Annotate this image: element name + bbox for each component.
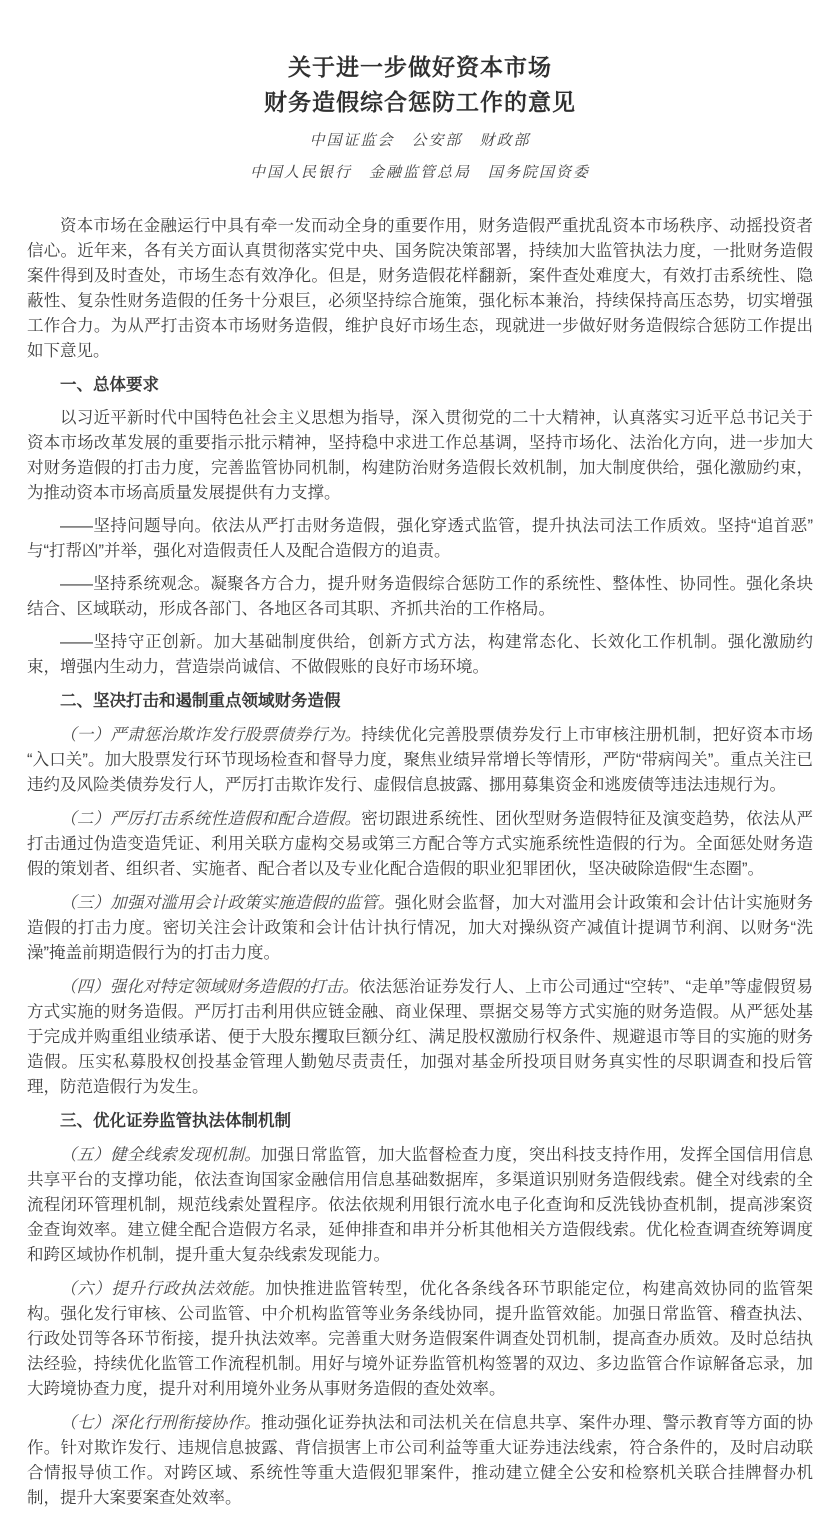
section-heading-1: 一、总体要求: [27, 373, 813, 398]
principle-problem-orientation: ——坚持问题导向。依法从严打击财务造假，强化穿透式监管，提升执法司法工作质效。坚…: [27, 514, 813, 564]
principle-system-concept: ——坚持系统观念。凝聚各方合力，提升财务造假综合惩防工作的系统性、整体性、协同性…: [27, 572, 813, 622]
issuing-agencies: 中国证监会 公安部 财政部 中国人民银行 金融监管总局 国务院国资委: [27, 129, 813, 182]
section-heading-3: 三、优化证券监管执法体制机制: [27, 1109, 813, 1134]
policy-item-5-lead: （五）健全线索发现机制。: [60, 1145, 261, 1164]
paragraph-guiding-ideology: 以习近平新时代中国特色社会主义思想为指导，深入贯彻党的二十大精神，认真落实习近平…: [27, 406, 813, 506]
document-title-line2: 财务造假综合惩防工作的意见: [27, 85, 813, 120]
policy-item-2-lead: （二）严厉打击系统性造假和配合造假。: [60, 809, 361, 828]
policy-item-3-lead: （三）加强对滥用会计政策实施造假的监管。: [60, 893, 395, 912]
policy-item-1: （一）严肃惩治欺诈发行股票债券行为。持续优化完善股票债券发行上市审核注册机制，把…: [27, 722, 813, 798]
document-page: 关于进一步做好资本市场 财务造假综合惩防工作的意见 中国证监会 公安部 财政部 …: [0, 0, 840, 1535]
document-title-line1: 关于进一步做好资本市场: [27, 50, 813, 85]
policy-item-4: （四）强化对特定领域财务造假的打击。依法惩治证券发行人、上市公司通过“空转”、“…: [27, 974, 813, 1100]
policy-item-5: （五）健全线索发现机制。加强日常监管，加大监督检查力度，突出科技支持作用，发挥全…: [27, 1142, 813, 1268]
issuing-agencies-line1: 中国证监会 公安部 财政部: [27, 129, 813, 150]
policy-item-4-lead: （四）强化对特定领域财务造假的打击。: [60, 977, 359, 996]
intro-paragraph: 资本市场在金融运行中具有牵一发而动全身的重要作用，财务造假严重扰乱资本市场秩序、…: [27, 214, 813, 364]
principle-integrity-innovation: ——坚持守正创新。加大基础制度供给，创新方式方法，构建常态化、长效化工作机制。强…: [27, 630, 813, 680]
policy-item-7: （七）深化行刑衔接协作。推动强化证券执法和司法机关在信息共享、案件办理、警示教育…: [27, 1410, 813, 1511]
issuing-agencies-line2: 中国人民银行 金融监管总局 国务院国资委: [27, 161, 813, 182]
document-body: 资本市场在金融运行中具有牵一发而动全身的重要作用，财务造假严重扰乱资本市场秩序、…: [27, 214, 813, 1511]
policy-item-3: （三）加强对滥用会计政策实施造假的监管。强化财会监督，加大对滥用会计政策和会计估…: [27, 890, 813, 966]
policy-item-6-lead: （六）提升行政执法效能。: [60, 1279, 266, 1298]
policy-item-2: （二）严厉打击系统性造假和配合造假。密切跟进系统性、团伙型财务造假特征及演变趋势…: [27, 806, 813, 882]
policy-item-6: （六）提升行政执法效能。加快推进监管转型，优化各条线各环节职能定位，构建高效协同…: [27, 1276, 813, 1402]
document-title: 关于进一步做好资本市场 财务造假综合惩防工作的意见: [27, 50, 813, 120]
policy-item-1-lead: （一）严肃惩治欺诈发行股票债券行为。: [60, 725, 361, 744]
section-heading-2: 二、坚决打击和遏制重点领域财务造假: [27, 689, 813, 714]
policy-item-7-lead: （七）深化行刑衔接协作。: [60, 1413, 261, 1432]
